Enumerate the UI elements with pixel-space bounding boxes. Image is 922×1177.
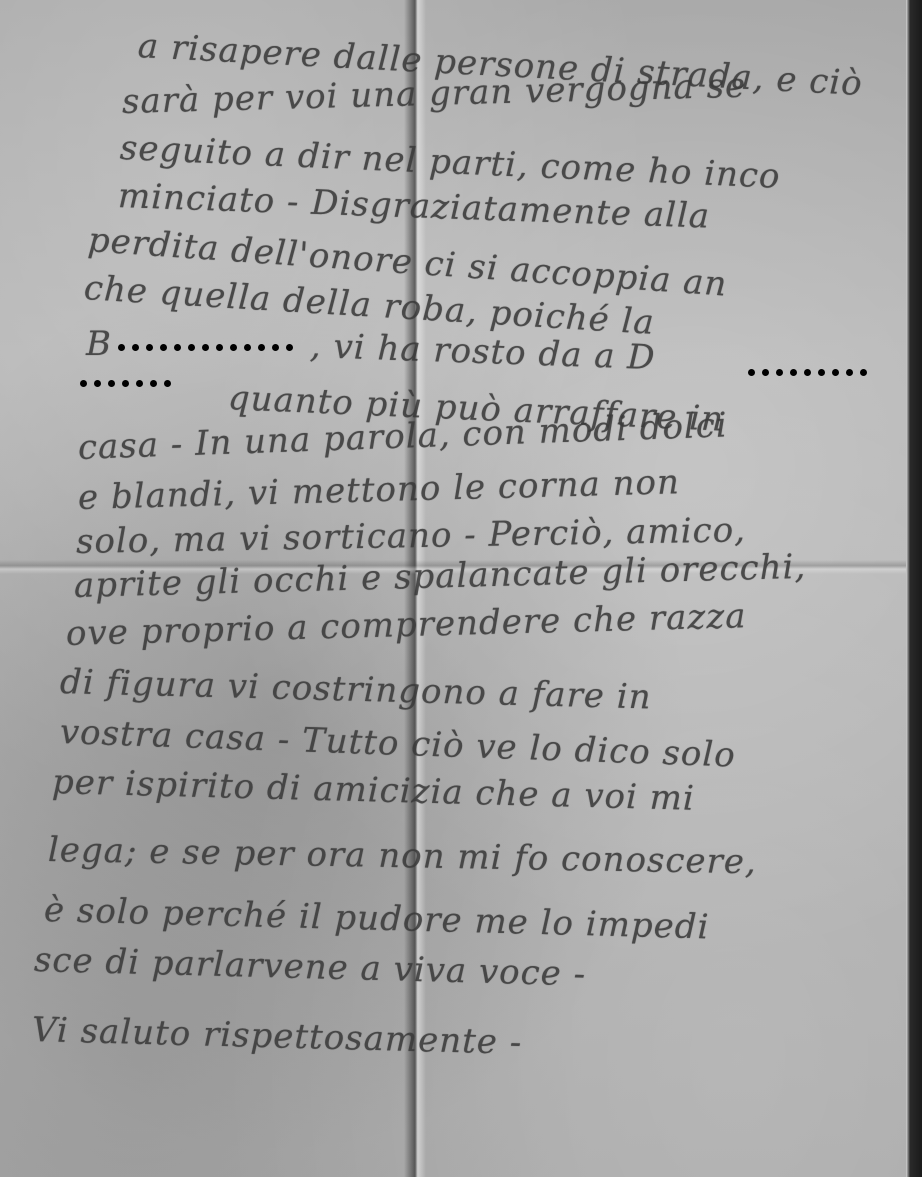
redacted-name — [748, 369, 867, 376]
letter-line: e blandi, vi mettono le corna non — [77, 462, 680, 518]
letter-line: sarà per voi una gran vergogna se — [121, 66, 746, 122]
letter-line: Vi saluto rispettosamente - — [31, 1010, 522, 1063]
redacted-name — [118, 344, 293, 351]
letter-line: sce di parlarvene a viva voce - — [33, 940, 586, 994]
letter-line: B — [86, 324, 112, 364]
redacted-name — [80, 380, 171, 387]
letter-line: di figura vi costringono a fare in — [59, 662, 652, 717]
letter-line: lega; e se per ora non mi fo conoscere, — [48, 830, 757, 882]
paper-edge-shadow — [906, 0, 922, 1177]
letter-page: a risapere dalle persone di strada, e ci… — [0, 0, 922, 1177]
letter-line: è solo perché il pudore me lo impedi — [43, 890, 709, 947]
